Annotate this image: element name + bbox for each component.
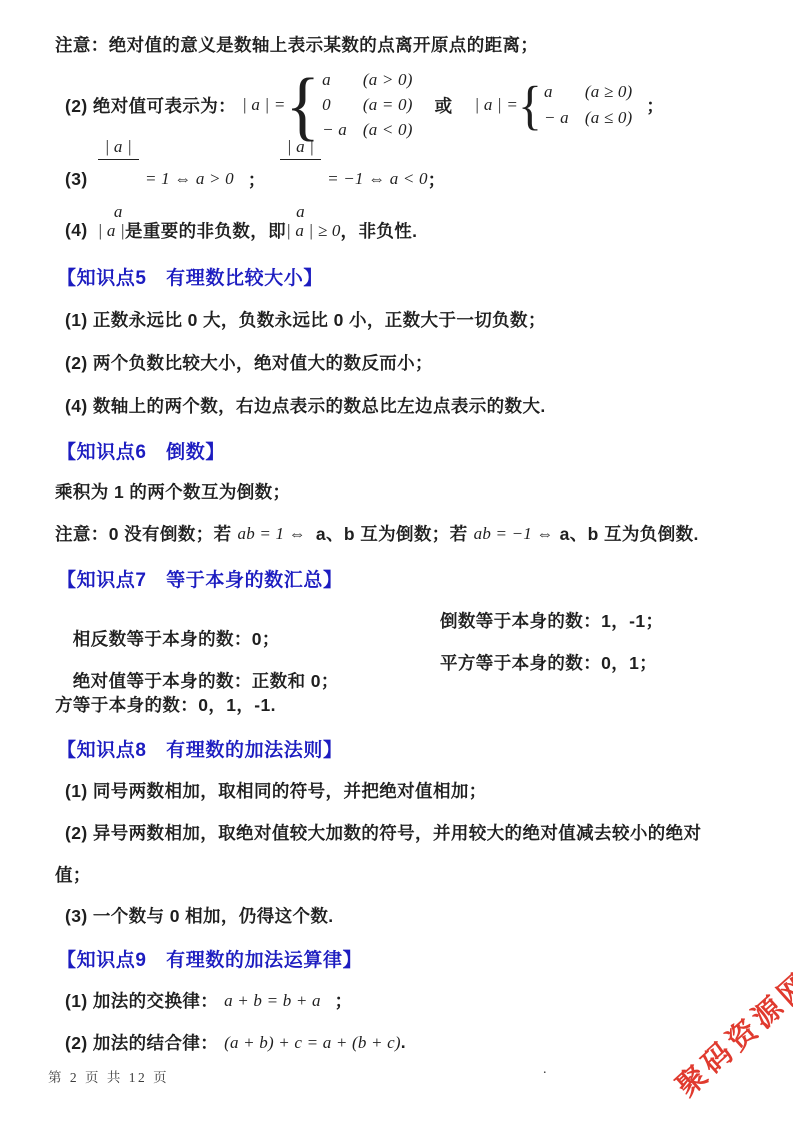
- abs-item-2-label: (2) 绝对值可表示为：: [65, 93, 236, 118]
- k9-item-2-end: .: [401, 1032, 406, 1053]
- k5-item-2: (2) 两个负数比较大小，绝对值大的数反而小；: [65, 350, 433, 375]
- pw1-cond-0: (a > 0): [363, 70, 413, 90]
- k6-note-math-1: ab = 1 ⇔: [238, 524, 306, 544]
- pw1-cond-2: (a < 0): [363, 120, 413, 140]
- pw1-val-1: 0: [322, 95, 347, 115]
- k9-item-2-text: (2) 加法的结合律：: [65, 1030, 218, 1055]
- abs-item-3: (3) | a | a = 1 ⇔ a > 0 ； | a | a = −1 ⇔…: [65, 150, 446, 208]
- pw2-val-1: − a: [544, 108, 569, 128]
- pw2-cond-0: (a ≥ 0): [585, 82, 633, 102]
- k5-item-4: (4) 数轴上的两个数，右边点表示的数总比左边点表示的数大.: [65, 393, 546, 418]
- fraction-numerator: | a |: [98, 137, 139, 160]
- k7-row-1-left: 相反数等于本身的数：0；: [73, 629, 280, 649]
- abs-item-4: (4) | a | 是重要的非负数，即 | a | ≥ 0 ，非负性.: [65, 218, 417, 243]
- k9-item-1: (1) 加法的交换律： a + b = b + a ；: [65, 988, 353, 1013]
- knowledge-point-6-title: 【知识点6 倒数】: [57, 437, 225, 464]
- k8-item-2: (2) 异号两数相加，取绝对值较大加数的符号，并用较大的绝对值减去较小的绝对: [65, 820, 701, 845]
- knowledge-point-8-title: 【知识点8 有理数的加法法则】: [57, 735, 343, 762]
- k7-row-2-left: 绝对值等于本身的数：正数和 0；: [73, 671, 339, 691]
- pw2-cond-1: (a ≤ 0): [585, 108, 633, 128]
- pw2-val-0: a: [544, 82, 569, 102]
- relation-2: = −1 ⇔ a < 0: [327, 169, 428, 189]
- separator-semicolon: ；: [248, 167, 266, 192]
- k9-item-1-text: (1) 加法的交换律：: [65, 988, 218, 1013]
- or-connector: 或: [435, 93, 453, 118]
- abs-lhs-2: | a | =: [475, 95, 518, 115]
- abs-item-3-label: (3): [65, 169, 88, 190]
- abs-a-nonneg: | a | ≥ 0: [286, 221, 340, 241]
- k9-item-1-end: ；: [335, 988, 353, 1013]
- abs-item-4-label: (4): [65, 220, 88, 241]
- k6-note-text-3: a、b 互为负倒数.: [560, 521, 699, 546]
- pw1-cond-1: (a = 0): [363, 95, 413, 115]
- pw1-val-0: a: [322, 70, 347, 90]
- k5-item-1: (1) 正数永远比 0 大，负数永远比 0 小，正数大于一切负数；: [65, 307, 546, 332]
- knowledge-point-7-title: 【知识点7 等于本身的数汇总】: [57, 565, 343, 592]
- abs-item-4-text-2: ，非负性.: [341, 218, 418, 243]
- k6-note-text-1: 注意：0 没有倒数；若: [55, 521, 232, 546]
- document-page: 注意：绝对值的意义是数轴上表示某数的点离开原点的距离； (2) 绝对值可表示为：…: [0, 0, 793, 1122]
- k6-note-text-2: a、b 互为倒数；若: [316, 521, 468, 546]
- relation-1: = 1 ⇔ a > 0: [145, 169, 234, 189]
- watermark: 聚码资源网: [644, 940, 793, 1122]
- abs-note-line: 注意：绝对值的意义是数轴上表示某数的点离开原点的距离；: [55, 32, 538, 57]
- k7-row-2: 绝对值等于本身的数：正数和 0； 平方等于本身的数：0，1；: [55, 650, 755, 729]
- left-brace-glyph: {: [518, 78, 542, 132]
- knowledge-point-5-title: 【知识点5 有理数比较大小】: [57, 263, 323, 290]
- abs-item-4-text-1: 是重要的非负数，即: [125, 218, 286, 243]
- fraction-numerator: | a |: [280, 137, 321, 160]
- commutative-law-formula: a + b = b + a: [224, 991, 321, 1011]
- abs-item-3-end: ；: [428, 167, 446, 192]
- associative-law-formula: (a + b) + c = a + (b + c): [224, 1033, 401, 1053]
- k9-item-2: (2) 加法的结合律： (a + b) + c = a + (b + c) .: [65, 1030, 406, 1055]
- k8-item-3: (3) 一个数与 0 相加，仍得这个数.: [65, 903, 334, 928]
- knowledge-point-9-title: 【知识点9 有理数的加法运算律】: [57, 945, 362, 972]
- k8-item-1: (1) 同号两数相加，取相同的符号，并把绝对值相加；: [65, 778, 487, 803]
- k7-row-2-right: 平方等于本身的数：0，1；: [440, 650, 657, 675]
- pw1-val-2: − a: [322, 120, 347, 140]
- k7-row-3: 方等于本身的数：0，1，-1.: [55, 692, 276, 717]
- stray-dot: .: [543, 1062, 547, 1078]
- k6-note-math-2: ab = −1 ⇔: [474, 524, 554, 544]
- k6-line-1: 乘积为 1 的两个数互为倒数；: [55, 479, 290, 504]
- k7-row-1-right: 倒数等于本身的数：1，-1；: [440, 608, 663, 633]
- abs-item-2-end: ；: [646, 93, 664, 118]
- abs-item-2: (2) 绝对值可表示为： | a | = { a (a > 0) 0 (a = …: [65, 60, 664, 150]
- k6-note-line: 注意：0 没有倒数；若 ab = 1 ⇔ a、b 互为倒数；若 ab = −1 …: [55, 521, 699, 546]
- piecewise-2: { a (a ≥ 0) − a (a ≤ 0): [518, 80, 632, 130]
- page-number-footer: 第 2 页 共 12 页: [48, 1066, 169, 1086]
- abs-a-symbol: | a |: [98, 221, 125, 241]
- k8-item-2-continuation: 值；: [55, 862, 91, 887]
